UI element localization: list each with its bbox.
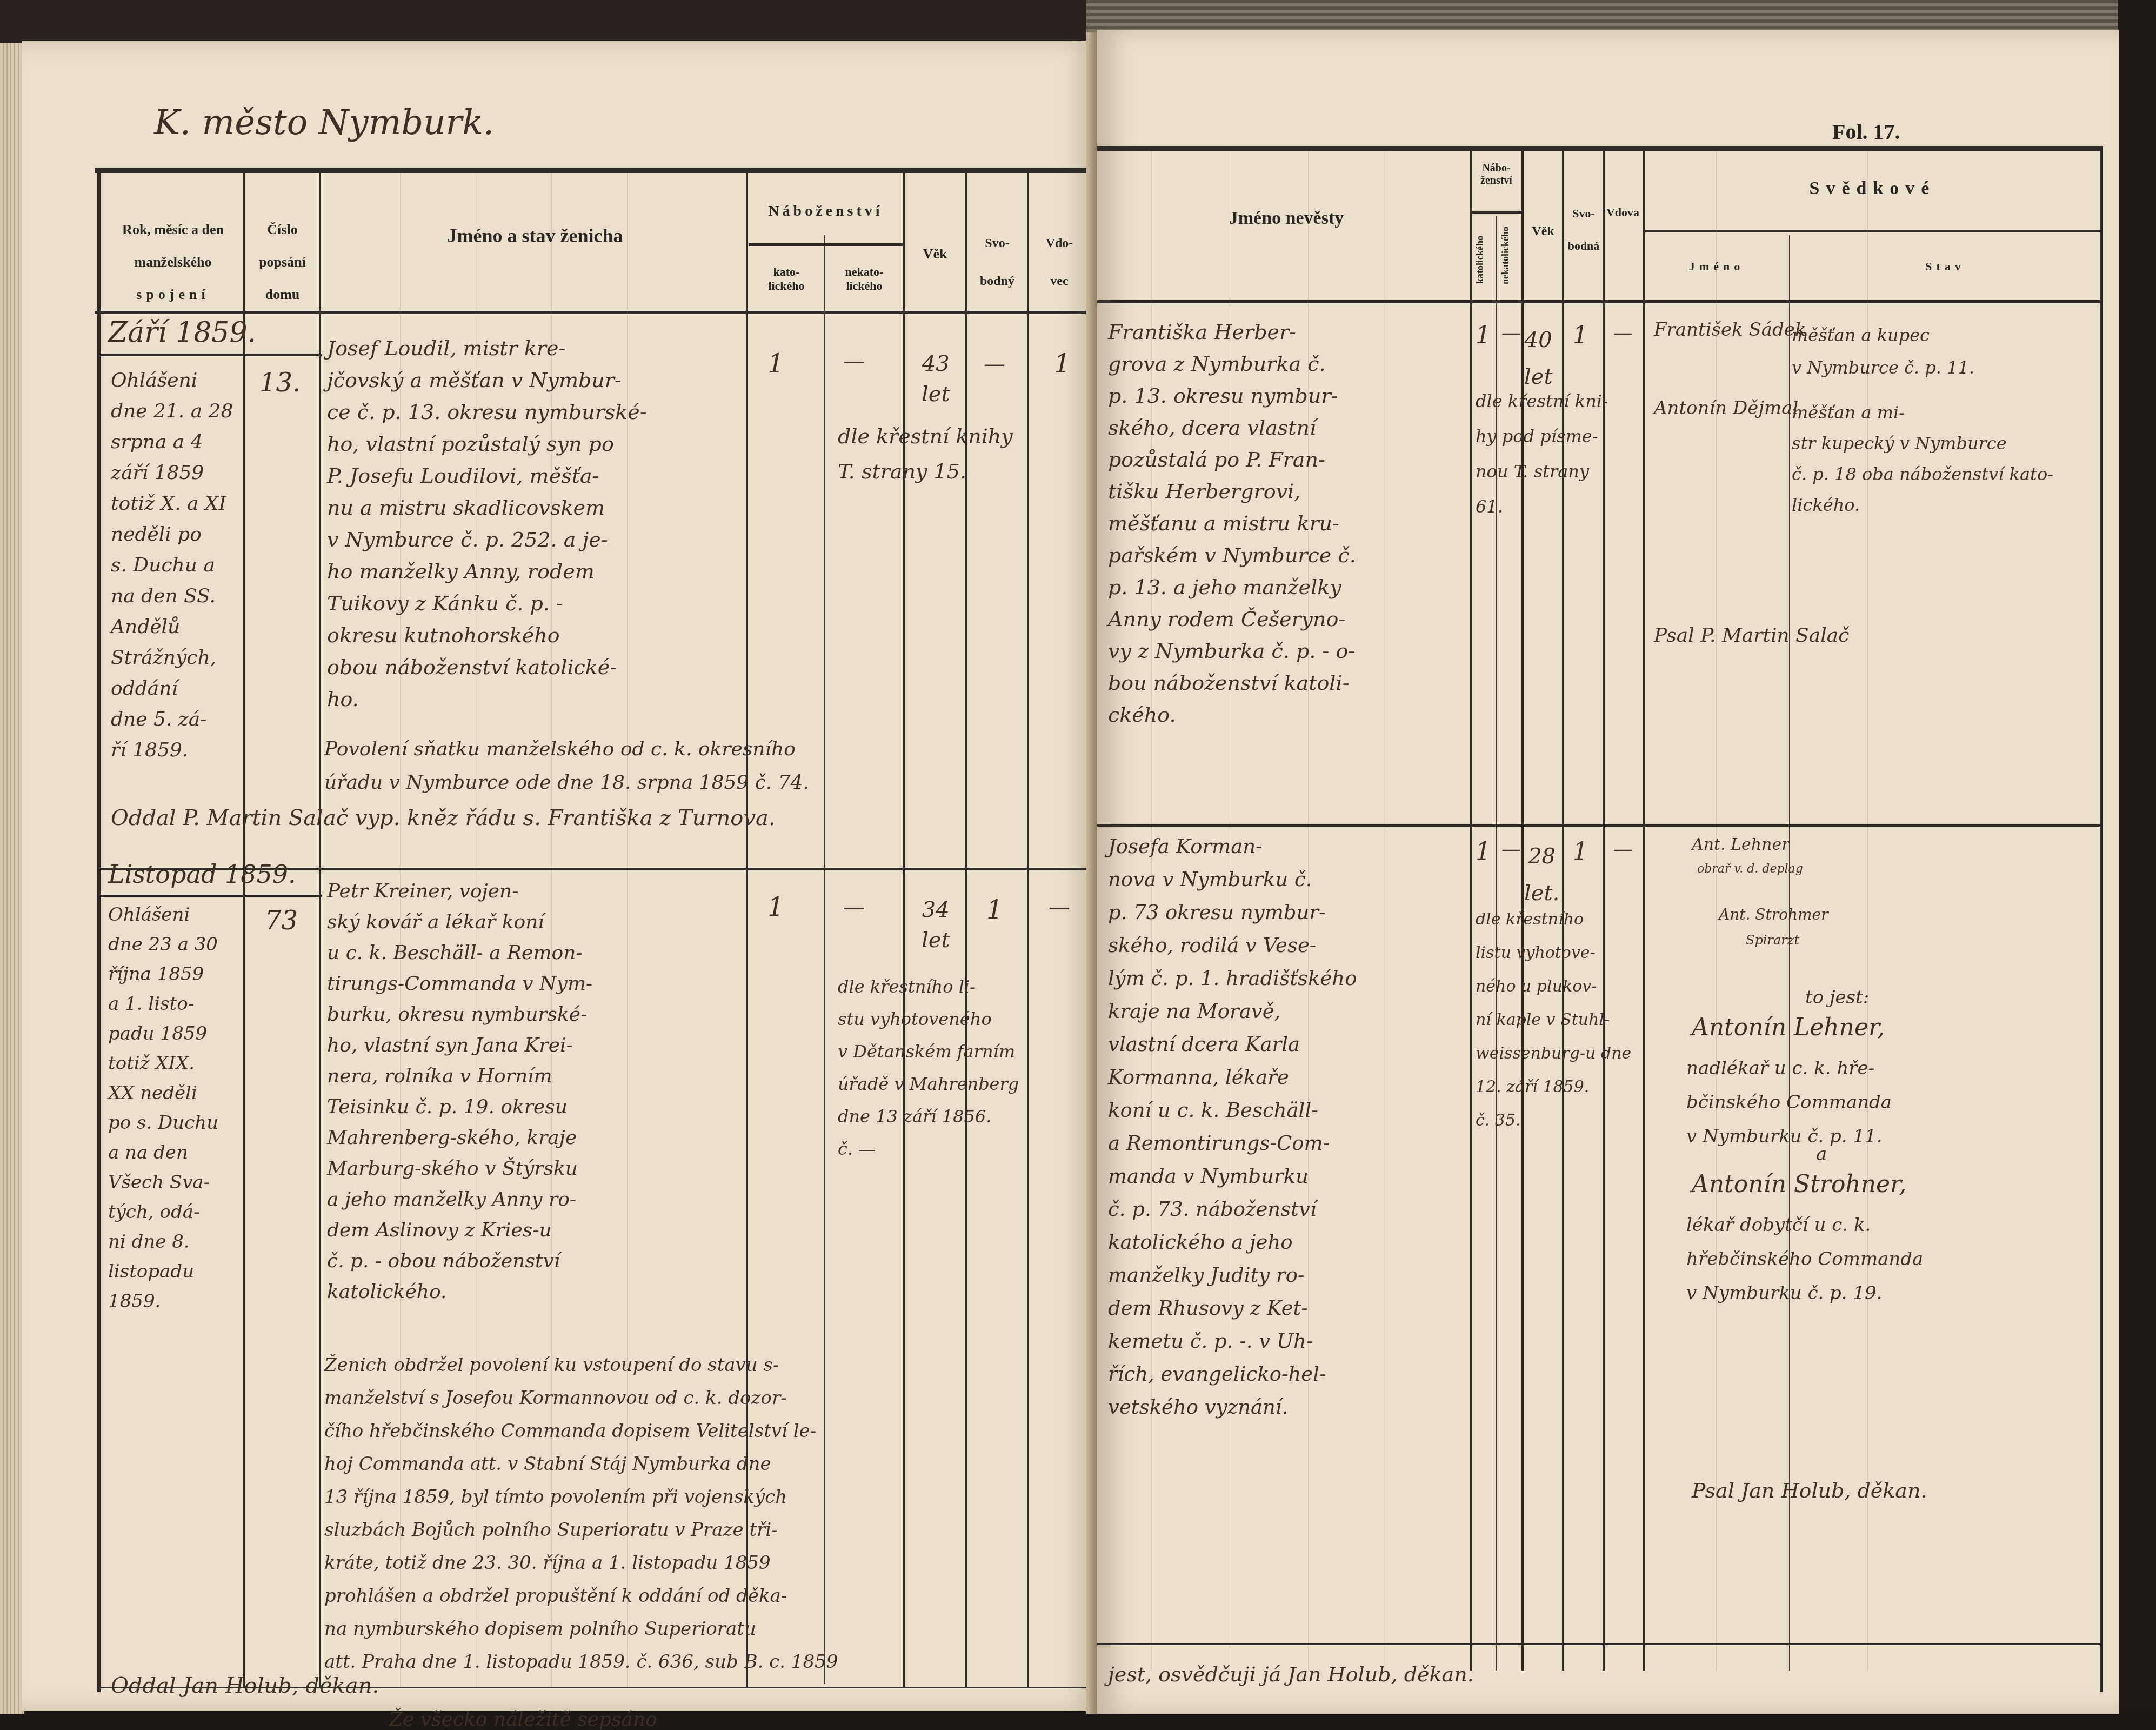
header-widower: Vdo- vec	[1030, 224, 1089, 300]
entry1-witness1-status: měšťan a kupec v Nymburce č. p. 11.	[1792, 319, 1974, 384]
entry2-witness-signature-1: Ant. Lehner	[1692, 835, 1790, 854]
header-date-line1: Rok, měsíc a den	[103, 214, 243, 246]
left-border	[97, 168, 101, 1692]
footer-note-left: Že všecko náležitě sepsáno	[389, 1708, 657, 1730]
col-divider-bride	[1470, 151, 1472, 1671]
header-house-line3: domu	[246, 278, 319, 311]
book-cover-right	[2118, 0, 2156, 1730]
entry2-scribe: Psal Jan Holub, děkan.	[1692, 1479, 1927, 1502]
col-divider-age	[965, 173, 967, 1687]
header-single: Svo- bodná	[1565, 197, 1603, 262]
top-border	[1097, 146, 2102, 151]
table-bottom-rule	[100, 1687, 1097, 1688]
entry2-groom-age-note: dle křestního li- stu vyhotoveného v Dět…	[838, 970, 1019, 1165]
header-witness-status: Stav	[1791, 259, 2100, 274]
header-age: Věk	[905, 246, 965, 262]
entry2-witness2-status: lékař dobytčí u c. k. hřebčinského Comma…	[1686, 1208, 1923, 1310]
footer-note-right: jest, osvědčuji já Jan Holub, děkan.	[1108, 1662, 1474, 1686]
religion-subheader-rule	[749, 243, 903, 246]
entry1-bride-widow: —	[1613, 322, 1633, 344]
header-house-line1: Číslo	[246, 214, 319, 246]
entry1-witness1-name: František Sádek	[1654, 319, 1806, 341]
entry2-witness1-name: Antonín Lehner,	[1692, 1014, 1885, 1041]
entry2-bride-single: 1	[1573, 838, 1588, 866]
col-divider-religion-end	[903, 173, 905, 1687]
entry1-bride-text: Františka Herber- grova z Nymburka č. p.…	[1108, 316, 1356, 731]
left-page: K. město Nymburk. Rok, měsíc a den manže…	[22, 41, 1097, 1711]
ruling-guide	[1716, 151, 1717, 1671]
entry2-permit-note: Ženich obdržel povolení ku vstoupení do …	[324, 1349, 838, 1679]
header-religion: Náboženství	[749, 203, 903, 220]
col-divider-witness	[1789, 235, 1790, 1671]
entry1-groom-text: Josef Loudil, mistr kre- jčovský a měšťa…	[327, 332, 647, 715]
entry1-bride-catholic: 1	[1476, 322, 1491, 349]
entry1-groom-single: —	[984, 351, 1005, 376]
entry2-witness2-name: Antonín Strohner,	[1692, 1170, 1906, 1198]
col-divider-date	[243, 173, 245, 1687]
entry2-groom-age: 34 let	[922, 895, 950, 955]
header-catholic: kato- lického	[749, 265, 824, 293]
header-bottom-border	[1097, 300, 2102, 303]
entry2-bride-widow: —	[1613, 838, 1633, 860]
header-age: Věk	[1524, 224, 1562, 239]
top-border	[95, 168, 1097, 173]
entry2-witnesses-intro: to jest:	[1805, 987, 1869, 1008]
entry2-witness-signature-2b: Spirarzt	[1746, 933, 1799, 948]
entry2-groom-single: 1	[986, 895, 1003, 925]
entry2-witness1-status: nadlékař u c. k. hře- bčinského Commanda…	[1686, 1052, 1892, 1154]
header-groom-name: Jméno a stav ženicha	[324, 224, 746, 247]
header-house-line2: popsání	[246, 246, 319, 278]
entry1-month-rule	[100, 354, 322, 356]
header-catholic: katolického	[1474, 222, 1494, 297]
entry1-house-number: 13.	[259, 368, 301, 398]
location-heading: K. město Nymburk.	[154, 103, 494, 143]
header-witness-name: Jméno	[1644, 259, 1789, 274]
entry2-bride-age: 28 let.	[1524, 838, 1559, 911]
entry1-groom-age-note: dle křestní knihy T. strany 15.	[838, 419, 1013, 489]
entry2-bride-text: Josefa Korman- nova v Nymburku č. p. 73 …	[1108, 830, 1357, 1423]
header-widow: Vdova	[1603, 205, 1643, 219]
entry1-groom-age: 43 let	[922, 349, 950, 409]
entry1-groom-widower: 1	[1054, 349, 1071, 379]
entry2-date-text: Ohlášeni dne 23 a 30 října 1859 a 1. lis…	[108, 900, 218, 1316]
entry1-scribe: Psal P. Martin Salač	[1654, 624, 1849, 647]
entry2-witness-signature-1b: obrař v. d. deplag	[1697, 862, 1803, 876]
entry2-month-rule	[100, 895, 322, 897]
header-house-number: Číslo popsání domu	[246, 214, 319, 311]
entry1-groom-catholic: 1	[767, 349, 784, 379]
col-divider-single	[1027, 173, 1029, 1687]
entry2-groom-catholic: 1	[767, 892, 784, 922]
entry1-month-heading: Září 1859.	[108, 316, 256, 349]
entry2-officiant: Oddal Jan Holub, děkan.	[111, 1673, 379, 1698]
header-religion: Nábo- ženství	[1471, 162, 1521, 187]
entry2-groom-text: Petr Kreiner, vojen- ský kovář a lékař k…	[327, 876, 592, 1307]
entry2-bride-age-note: dle křestního listu vyhotove- ného u plu…	[1476, 903, 1631, 1137]
entry1-bride-noncatholic: —	[1501, 322, 1521, 344]
entry1-officiant: Oddal P. Martin Salač vyp. kněz řádu s. …	[111, 806, 776, 830]
header-date: Rok, měsíc a den manželského spojení	[103, 214, 243, 311]
header-bride-name: Jméno nevěsty	[1108, 208, 1465, 229]
witness-subheader-rule	[1644, 230, 2101, 232]
header-date-line2: manželského	[103, 246, 243, 278]
header-noncatholic: nekatolického	[1500, 214, 1519, 297]
header-date-line3: spojení	[103, 278, 243, 311]
entry1-bride-single: 1	[1573, 322, 1588, 349]
header-single: Svo- bodný	[967, 224, 1027, 300]
page-stack-left	[0, 43, 24, 1714]
header-noncatholic: nekato- lického	[826, 265, 903, 293]
col-divider-house	[319, 173, 321, 1687]
folio-number: Fol. 17.	[1832, 119, 1940, 144]
entry1-witness2-name: Antonín Dějmal	[1654, 397, 1798, 419]
entry2-witnesses-joiner: a	[1816, 1143, 1827, 1165]
entry1-date-text: Ohlášeni dne 21. a 28 srpna a 4 září 185…	[111, 365, 233, 766]
table-bottom-rule	[1097, 1643, 2102, 1645]
right-border	[2100, 146, 2103, 1692]
entry2-top-rule	[1097, 824, 2102, 827]
ruling-guide	[1384, 151, 1384, 1671]
entry2-month-heading: Listopad 1859.	[108, 860, 296, 889]
entry2-witness-signature-2: Ant. Strohmer	[1719, 906, 1828, 923]
entry2-bride-noncatholic: —	[1501, 838, 1521, 860]
header-witnesses: Svědkové	[1644, 178, 2101, 199]
right-page: Fol. 17. Jméno nevěsty Nábo- ženství kat…	[1097, 30, 2119, 1714]
col-divider-widow	[1643, 151, 1645, 1671]
entry2-groom-noncatholic: —	[843, 895, 865, 920]
entry2-bride-catholic: 1	[1476, 838, 1491, 866]
entry1-permit-note: Povolení sňatku manželského od c. k. okr…	[324, 733, 809, 800]
entry1-groom-noncatholic: —	[843, 349, 865, 374]
entry2-house-number: 73	[265, 906, 298, 936]
entry1-bride-age-note: dle křestní kni- hy pod písme- nou T. st…	[1476, 384, 1608, 524]
entry2-groom-widower: —	[1049, 895, 1070, 920]
entry1-witness2-status: měšťan a mi- str kupecký v Nymburce č. p…	[1792, 397, 2053, 521]
